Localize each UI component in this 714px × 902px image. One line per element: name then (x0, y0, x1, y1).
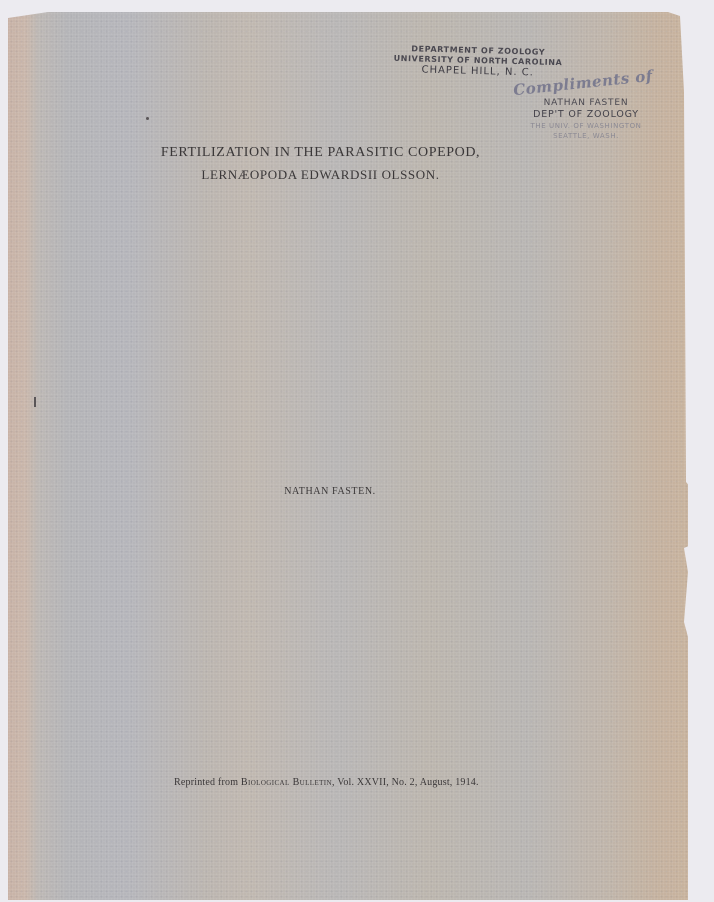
stamp-author-name: NATHAN FASTEN (516, 98, 656, 108)
author-compliments-stamp: Compliments of NATHAN FASTEN DEP'T OF ZO… (516, 74, 656, 140)
stamp-author-city: SEATTLE, WASH. (516, 132, 656, 140)
reprint-prefix: Reprinted from (174, 777, 238, 788)
scan-background: DEPARTMENT OF ZOOLOGY UNIVERSITY OF NORT… (0, 0, 714, 902)
paper-speck (34, 397, 36, 407)
paper-speck (146, 117, 149, 120)
title-line-1: FERTILIZATION IN THE PARASITIC COPEPOD, (148, 145, 493, 161)
title-line-2: LERNÆOPODA EDWARDSII OLSSON. (148, 167, 493, 183)
stamp-author-univ: THE UNIV. OF WASHINGTON (516, 122, 656, 130)
author-name: NATHAN FASTEN. (270, 486, 390, 497)
article-title: FERTILIZATION IN THE PARASITIC COPEPOD, … (148, 145, 493, 183)
reprint-citation: Reprinted from Biological Bulletin, Vol.… (174, 777, 479, 788)
stamp-author-dept: DEP'T OF ZOOLOGY (516, 109, 656, 120)
document-page: DEPARTMENT OF ZOOLOGY UNIVERSITY OF NORT… (8, 12, 688, 900)
journal-name: Biological Bulletin (241, 777, 332, 788)
reprint-details: , Vol. XXVII, No. 2, August, 1914. (332, 777, 479, 788)
